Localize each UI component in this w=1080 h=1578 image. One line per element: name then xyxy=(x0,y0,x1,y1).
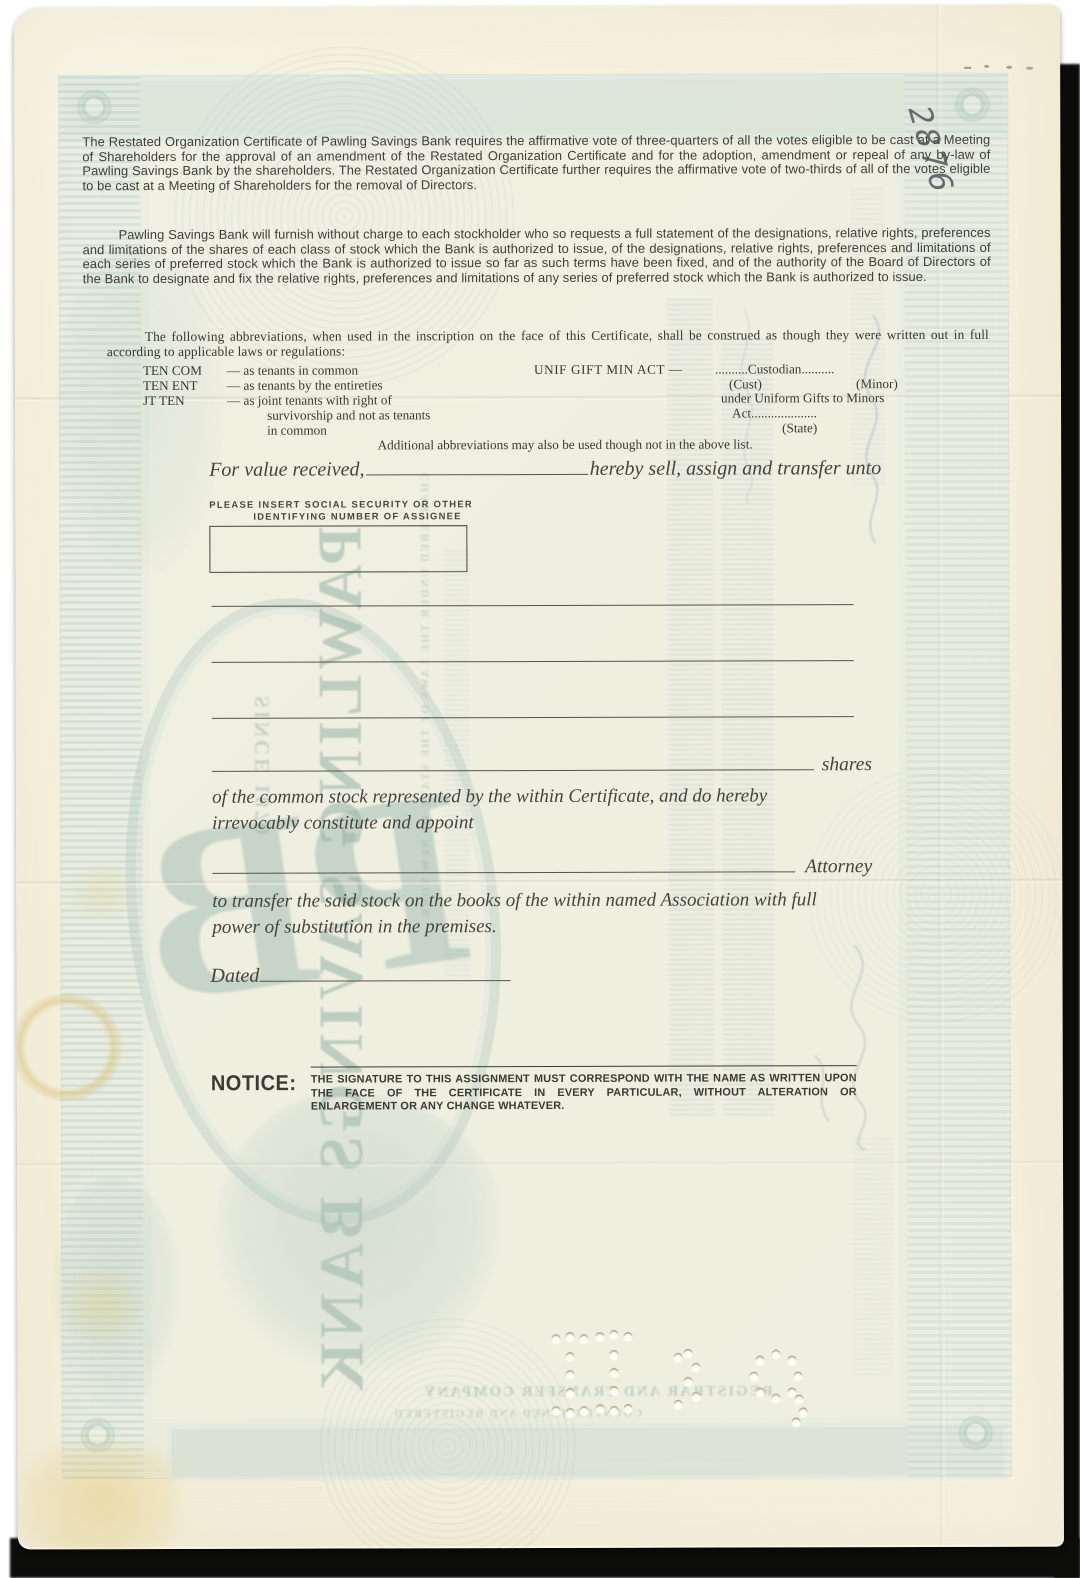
punch-hole xyxy=(566,1408,575,1417)
punch-hole xyxy=(551,1334,560,1343)
notice-label: NOTICE: xyxy=(211,1072,297,1097)
stain-blob xyxy=(14,1443,202,1549)
punch-hole xyxy=(595,1332,604,1341)
punch-hole xyxy=(610,1368,619,1377)
punch-hole xyxy=(756,1355,765,1364)
transfer-text-line2: power of substitution in the premises. xyxy=(212,914,496,941)
ghost-border-bottom xyxy=(168,1423,1008,1481)
ghost-guilloche-circle xyxy=(317,1316,578,1549)
punch-hole xyxy=(566,1388,575,1397)
certificate-paper: PB PAWLING SAVINGS BANK SINCE 1870 CHART… xyxy=(14,5,1064,1550)
scanned-certificate-back: PB PAWLING SAVINGS BANK SINCE 1870 CHART… xyxy=(0,0,1080,1578)
abbr-ten-ent-def: — as tenants by the entireties xyxy=(227,377,383,393)
abbr-jt-ten-def3: in common xyxy=(267,423,327,439)
notice-block: THE SIGNATURE TO THIS ASSIGNMENT MUST CO… xyxy=(311,1065,857,1114)
punch-hole xyxy=(684,1377,693,1386)
stain-blob xyxy=(53,1265,149,1345)
blank-name-line xyxy=(367,473,588,476)
punch-hole xyxy=(579,1334,588,1343)
punch-hole xyxy=(750,1371,759,1380)
restated-certificate-paragraph: The Restated Organization Certificate of… xyxy=(82,133,990,194)
ssn-instruction-line1: PLEASE INSERT SOCIAL SECURITY OR OTHER xyxy=(209,498,473,510)
punch-hole xyxy=(674,1353,683,1362)
for-value-received-label: For value received, xyxy=(209,458,364,481)
punch-hole xyxy=(683,1349,692,1358)
ghost-cartouche xyxy=(51,1177,182,1407)
attorney-label: Attorney xyxy=(805,856,872,878)
punch-hole xyxy=(788,1355,797,1364)
punch-hole xyxy=(792,1417,801,1426)
abbr-ten-com-def: — as tenants in common xyxy=(227,362,358,378)
abbr-ten-ent: TEN ENT xyxy=(143,378,198,394)
shares-blank-line xyxy=(212,749,814,772)
punch-hole xyxy=(795,1394,804,1403)
ghost-text-column xyxy=(853,1135,894,1375)
dated-label: Dated xyxy=(210,965,259,988)
punch-hole xyxy=(566,1352,575,1361)
corner-rosette-icon xyxy=(74,87,114,127)
punch-hole xyxy=(623,1332,632,1341)
common-stock-text-line1: of the common stock represented by the w… xyxy=(212,783,767,810)
punch-hole xyxy=(566,1370,575,1379)
fold-crease xyxy=(16,879,1062,886)
shares-row: shares xyxy=(212,749,872,778)
assignee-line-1 xyxy=(212,603,854,607)
punch-hole xyxy=(674,1400,683,1409)
corner-rosette-icon xyxy=(78,1415,118,1455)
ghost-text-column xyxy=(667,296,715,1116)
punch-hole xyxy=(799,1407,808,1416)
punch-hole xyxy=(756,1387,765,1396)
abbreviation-table: TEN COM — as tenants in common TEN ENT —… xyxy=(14,5,1060,8)
ghost-bank-name: PAWLING SAVINGS BANK xyxy=(285,526,397,1356)
handwriting-ghost xyxy=(833,305,914,555)
assignee-line-3 xyxy=(212,715,854,719)
punched-cancellation xyxy=(14,5,1060,8)
common-stock-text-line2: irrevocably constitute and appoint xyxy=(212,810,474,837)
unif-gift-label: UNIF GIFT MIN ACT — xyxy=(534,362,683,378)
for-value-received-row: For value received, hereby sell, assign … xyxy=(209,457,881,482)
punch-hole xyxy=(596,1404,605,1413)
unif-state: (State) xyxy=(782,420,817,436)
punch-hole xyxy=(692,1363,701,1372)
corner-rosette-icon xyxy=(952,85,992,125)
dash-mark xyxy=(984,65,989,68)
punch-hole xyxy=(771,1349,780,1358)
attorney-row: Attorney xyxy=(212,851,872,880)
assignee-line-2 xyxy=(212,659,854,663)
punch-hole xyxy=(580,1406,589,1415)
corner-rosette-icon xyxy=(956,1413,996,1453)
ghost-cartouche xyxy=(213,1092,504,1373)
dash-mark xyxy=(1006,66,1012,69)
punch-hole xyxy=(609,1350,618,1359)
punch-hole xyxy=(692,1392,701,1401)
abbr-jt-ten-def: — as joint tenants with right of xyxy=(227,392,392,408)
punch-hole xyxy=(610,1406,619,1415)
ghost-cartouche xyxy=(55,247,226,577)
punch-hole xyxy=(565,1332,574,1341)
ssn-entry-box xyxy=(209,525,467,573)
transfer-text-line1: to transfer the said stock on the books … xyxy=(212,887,817,915)
ghost-border-top xyxy=(58,73,1008,141)
punch-hole xyxy=(624,1404,633,1413)
punch-hole xyxy=(609,1330,618,1339)
dated-blank-line xyxy=(259,979,510,982)
attorney-blank-line xyxy=(212,851,795,874)
stain-blob xyxy=(66,857,136,927)
punch-hole xyxy=(552,1406,561,1415)
stain-ring xyxy=(14,993,123,1101)
abbr-ten-com: TEN COM xyxy=(143,363,202,379)
furnish-statement-paragraph: Pawling Savings Bank will furnish withou… xyxy=(83,226,991,287)
shares-label: shares xyxy=(822,754,872,776)
ssn-instruction-line2: IDENTIFYING NUMBER OF ASSIGNEE xyxy=(253,510,461,522)
dated-row: Dated xyxy=(210,964,510,988)
punch-hole xyxy=(772,1393,781,1402)
handwriting-ghost xyxy=(715,305,776,505)
notice-rule xyxy=(311,1065,857,1067)
punch-hole xyxy=(610,1386,619,1395)
handwriting-ghost xyxy=(784,935,905,1155)
abbr-jt-ten-def2: survivorship and not as tenants xyxy=(267,407,430,423)
abbr-jt-ten: JT TEN xyxy=(143,393,185,409)
fold-crease xyxy=(17,1161,1063,1168)
dash-mark xyxy=(1026,67,1033,70)
ghost-countersigned-text: COUNTERSIGNED AND REGISTERED xyxy=(268,1407,768,1420)
notice-text: THE SIGNATURE TO THIS ASSIGNMENT MUST CO… xyxy=(311,1072,857,1114)
punch-hole xyxy=(794,1371,803,1380)
dash-mark xyxy=(964,67,971,69)
